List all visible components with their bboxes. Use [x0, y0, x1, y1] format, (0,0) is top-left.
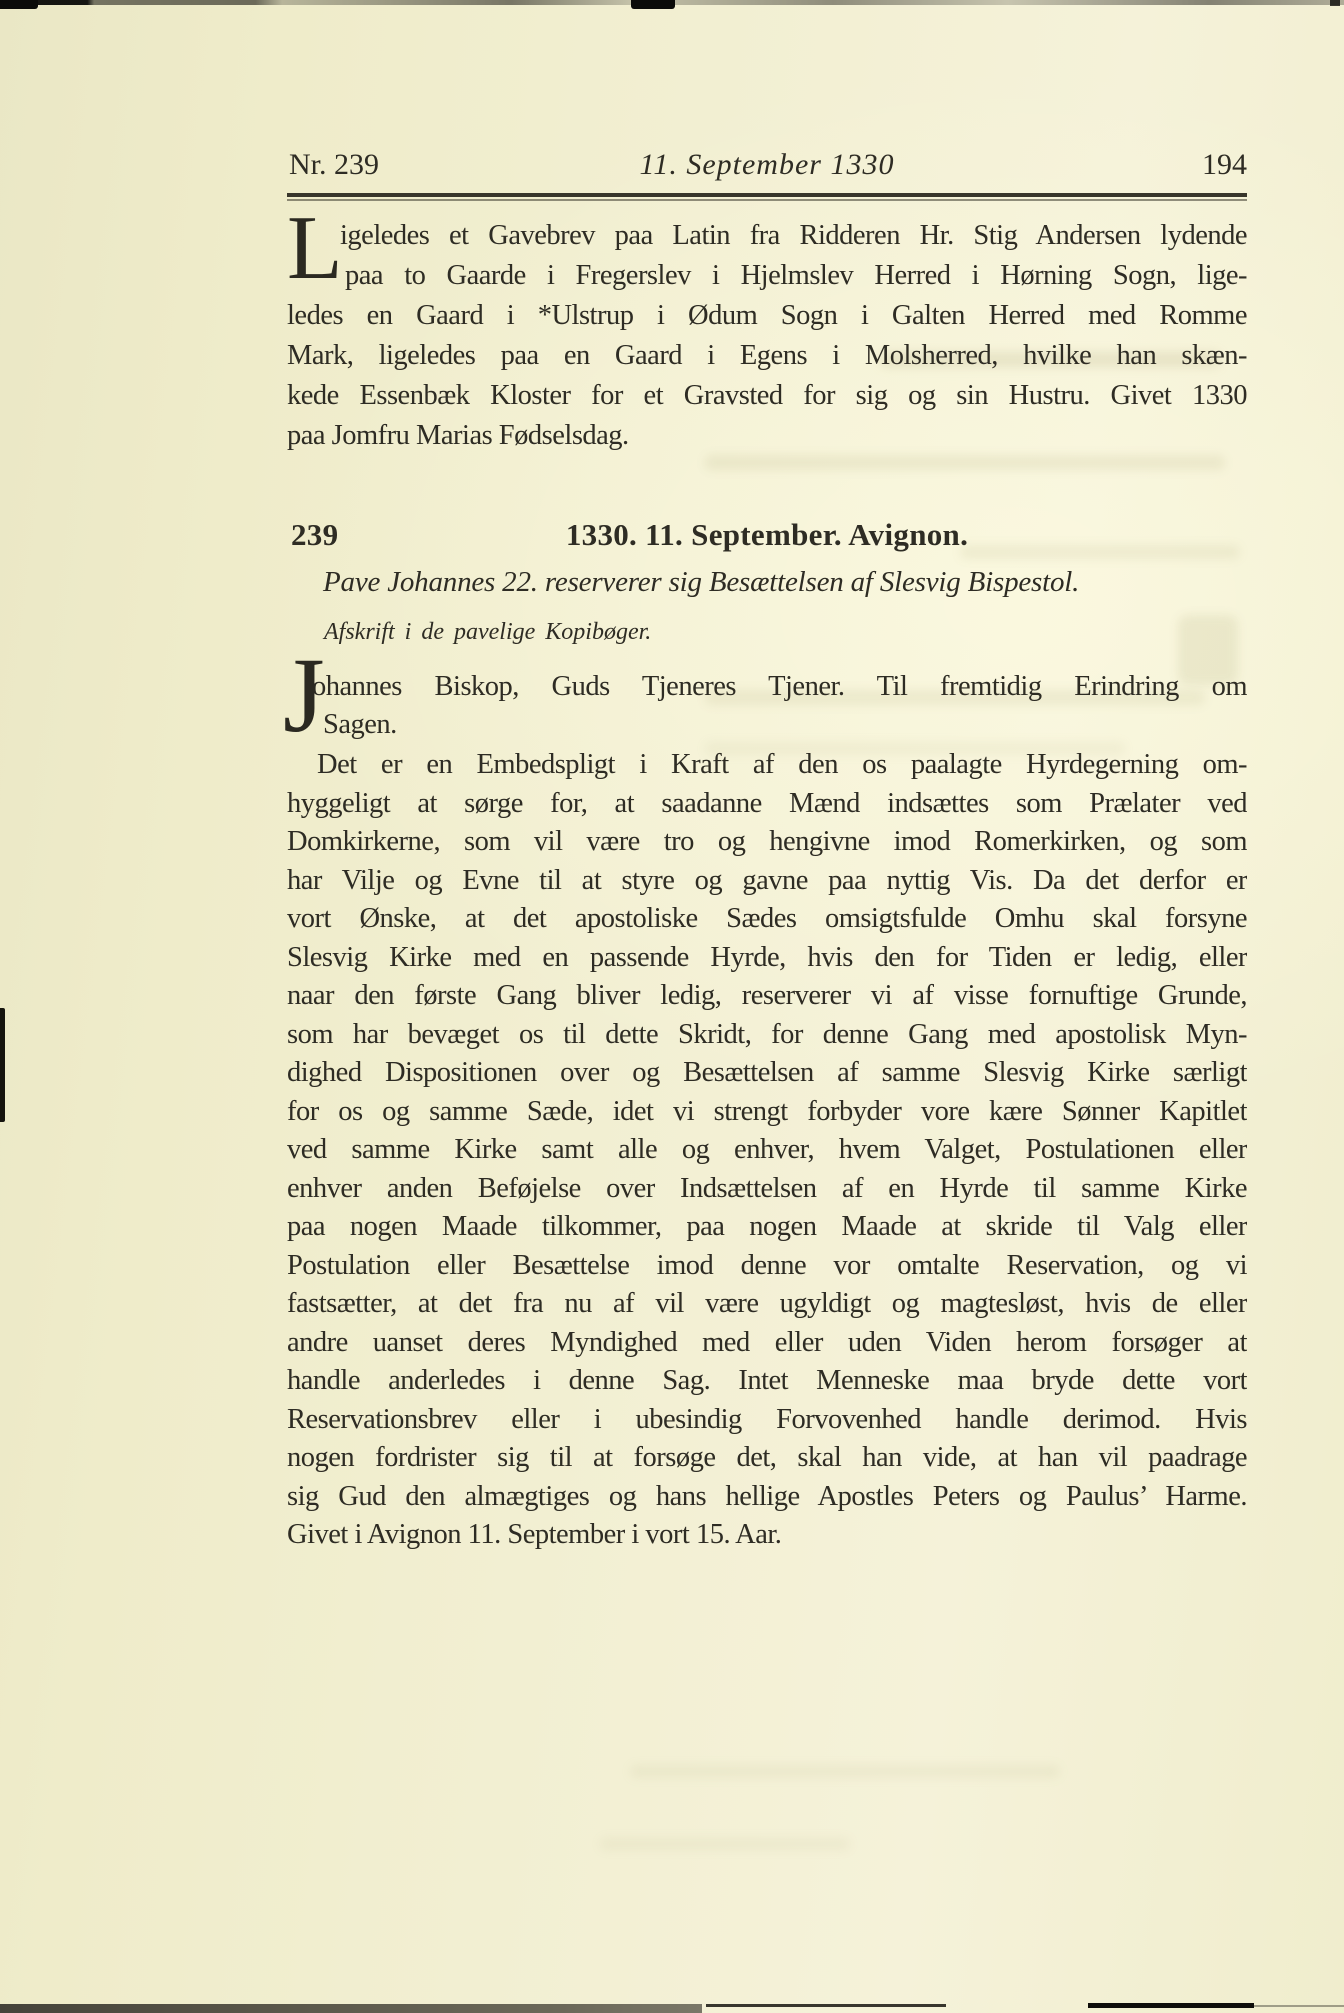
- text-line: Slesvig Kirke med en passende Hyrde, hvi…: [287, 939, 1247, 978]
- text-line: paa Jomfru Marias Fødselsdag.: [287, 416, 1247, 456]
- text-line: Sagen.: [287, 706, 1247, 744]
- text-line: igeledes et Gavebrev paa Latin fra Ridde…: [287, 216, 1247, 256]
- text-line: paa nogen Maade tilkommer, paa nogen Maa…: [287, 1208, 1247, 1247]
- paragraph-previous-entry: L igeledes et Gavebrev paa Latin fra Rid…: [287, 216, 1247, 456]
- text-line: for os og samme Sæde, idet vi strengt fo…: [287, 1093, 1247, 1132]
- text-line: Givet i Avignon 11. September i vort 15.…: [287, 1516, 1247, 1555]
- text-line: Mark, ligeledes paa en Gaard i Egens i M…: [287, 336, 1247, 376]
- scanned-book-page: Nr. 239 11. September 1330 194 L igelede…: [0, 0, 1344, 2013]
- text-line: ved samme Kirke samt alle og enhver, hve…: [287, 1131, 1247, 1170]
- text-line: ledes en Gaard i *Ulstrup i Ødum Sogn i …: [287, 296, 1247, 336]
- paragraph-salutation: J ohannes Biskop, Guds Tjeneres Tjener. …: [287, 668, 1247, 744]
- header-rule: [287, 193, 1247, 197]
- scan-blob-top-right: [1330, 0, 1340, 6]
- dropcap-l: L: [287, 202, 342, 293]
- text-line: kede Essenbæk Kloster for et Gravsted fo…: [287, 376, 1247, 416]
- text-line: enhver anden Beføjelse over Indsættelsen…: [287, 1170, 1247, 1209]
- text-line: nogen fordrister sig til at forsøge det,…: [287, 1439, 1247, 1478]
- text-line: har Vilje og Evne til at styre og gavne …: [287, 862, 1247, 901]
- header-date: 11. September 1330: [287, 148, 1247, 182]
- header-page-number: 194: [1202, 148, 1247, 182]
- text-column: Nr. 239 11. September 1330 194 L igelede…: [287, 0, 1247, 2013]
- text-line: handle anderledes i denne Sag. Intet Men…: [287, 1362, 1247, 1401]
- scan-blob-top-left: [0, 0, 38, 9]
- text-line: andre uanset deres Myndighed med eller u…: [287, 1324, 1247, 1363]
- entry-heading-row: 239 1330. 11. September. Avignon.: [287, 517, 1247, 553]
- entry-regest: Pave Johannes 22. reserverer sig Besætte…: [287, 566, 1247, 599]
- text-line: vort Ønske, at det apostoliske Sædes oms…: [287, 900, 1247, 939]
- text-line: ohannes Biskop, Guds Tjeneres Tjener. Ti…: [287, 668, 1247, 706]
- text-line: Det er en Embedspligt i Kraft af den os …: [287, 746, 1247, 785]
- text-line: dighed Dispositionen over og Besættelsen…: [287, 1054, 1247, 1093]
- scan-edge-bottom-4: [1254, 2005, 1344, 2007]
- text-line: Postulation eller Besættelse imod denne …: [287, 1247, 1247, 1286]
- dropcap-j: J: [283, 643, 324, 750]
- paragraph-body: Det er en Embedspligt i Kraft af den os …: [287, 746, 1247, 1555]
- text-line: som har bevæget os til dette Skridt, for…: [287, 1016, 1247, 1055]
- text-line: Reservationsbrev eller i ubesindig Forvo…: [287, 1401, 1247, 1440]
- text-line: hyggeligt at sørge for, at saadanne Mænd…: [287, 785, 1247, 824]
- text-line: naar den første Gang bliver ledig, reser…: [287, 977, 1247, 1016]
- entry-source-note: Afskrift i de pavelige Kopibøger.: [287, 619, 1247, 646]
- text-line: Domkirkerne, som vil være tro og hengivn…: [287, 823, 1247, 862]
- text-line: fastsætter, at det fra nu af vil være ug…: [287, 1285, 1247, 1324]
- text-line: sig Gud den almægtiges og hans hellige A…: [287, 1478, 1247, 1517]
- running-header: Nr. 239 11. September 1330 194: [287, 148, 1247, 184]
- scan-edge-left: [0, 1008, 5, 1122]
- entry-heading: 1330. 11. September. Avignon.: [287, 517, 1247, 553]
- text-line: paa to Gaarde i Fregerslev i Hjelmslev H…: [287, 256, 1247, 296]
